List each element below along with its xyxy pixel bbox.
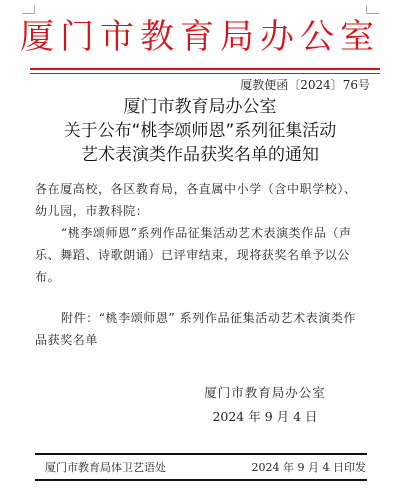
- footer-issue-date: 2024 年 9 月 4 日印发: [252, 459, 366, 475]
- footer-issuer: 厦门市教育局体卫艺语处: [45, 459, 166, 475]
- recipients: 各在厦高校，各区教育局，各直属中小学（含中职学校）、幼儿园，市教科院：: [35, 178, 367, 222]
- title-line-3: 艺术表演类作品获奖名单的通知: [0, 143, 400, 167]
- signature-org: 厦门市教育局办公室: [185, 383, 345, 401]
- letterhead-title: 厦门市教育局办公室: [0, 17, 400, 57]
- document-title: 厦门市教育局办公室 关于公布“桃李颂师恩”系列征集活动 艺术表演类作品获奖名单的…: [0, 95, 400, 167]
- document-number: 厦教便函〔2024〕76号: [240, 76, 370, 93]
- title-line-2: 关于公布“桃李颂师恩”系列征集活动: [0, 119, 400, 143]
- page-corner-mark-left: [22, 5, 35, 14]
- signature-date: 2024 年 9 月 4 日: [185, 407, 345, 425]
- body-paragraph: “桃李颂师恩”系列作品征集活动艺术表演类作品（声乐、舞蹈、诗歌朗诵）已评审结束，…: [35, 222, 367, 288]
- title-line-1: 厦门市教育局办公室: [0, 95, 400, 119]
- page-corner-mark-right: [366, 5, 379, 14]
- letterhead-divider-thick: [30, 68, 380, 70]
- letterhead-divider-thin: [30, 73, 380, 74]
- footer-divider-bottom: [35, 479, 367, 481]
- attachment-note: 附件：“桃李颂师恩” 系列作品征集活动艺术表演类作品获奖名单: [35, 307, 367, 351]
- footer-divider-top: [35, 453, 367, 455]
